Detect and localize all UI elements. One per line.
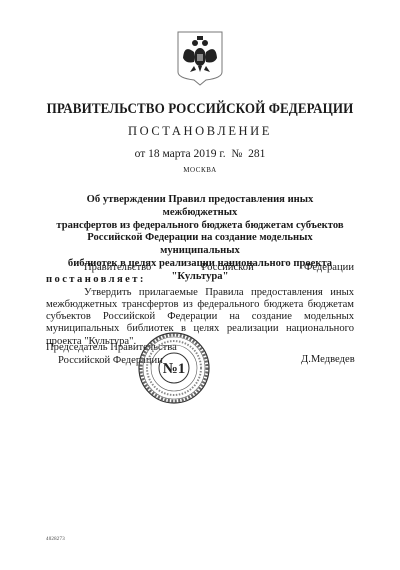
preamble-text: Правительство Российской Федерации (84, 262, 354, 273)
document-code: 4028273 (46, 537, 65, 542)
official-seal-icon: №1 (137, 331, 211, 405)
decree-word: постановляет: (46, 274, 146, 285)
document-type: ПОСТАНОВЛЕНИЕ (0, 124, 400, 139)
preamble: Правительство Российской Федерации поста… (46, 262, 354, 287)
signatory-name: Д.Медведев (301, 354, 355, 365)
seal-number: №1 (163, 361, 186, 377)
date-and-number: от 18 марта 2019 г. № 281 (0, 148, 400, 160)
issuer-title: ПРАВИТЕЛЬСТВО РОССИЙСКОЙ ФЕДЕРАЦИИ (16, 101, 384, 118)
heading-line: трансфертов из федерального бюджета бюдж… (50, 220, 350, 233)
heading-line: Российской Федерации на создание модельн… (50, 232, 350, 258)
heading-line: Об утверждении Правил предоставления ины… (50, 194, 350, 220)
city: МОСКВА (0, 166, 400, 174)
document-page: ПРАВИТЕЛЬСТВО РОССИЙСКОЙ ФЕДЕРАЦИИ ПОСТА… (0, 0, 400, 570)
coat-of-arms-icon (176, 30, 224, 86)
